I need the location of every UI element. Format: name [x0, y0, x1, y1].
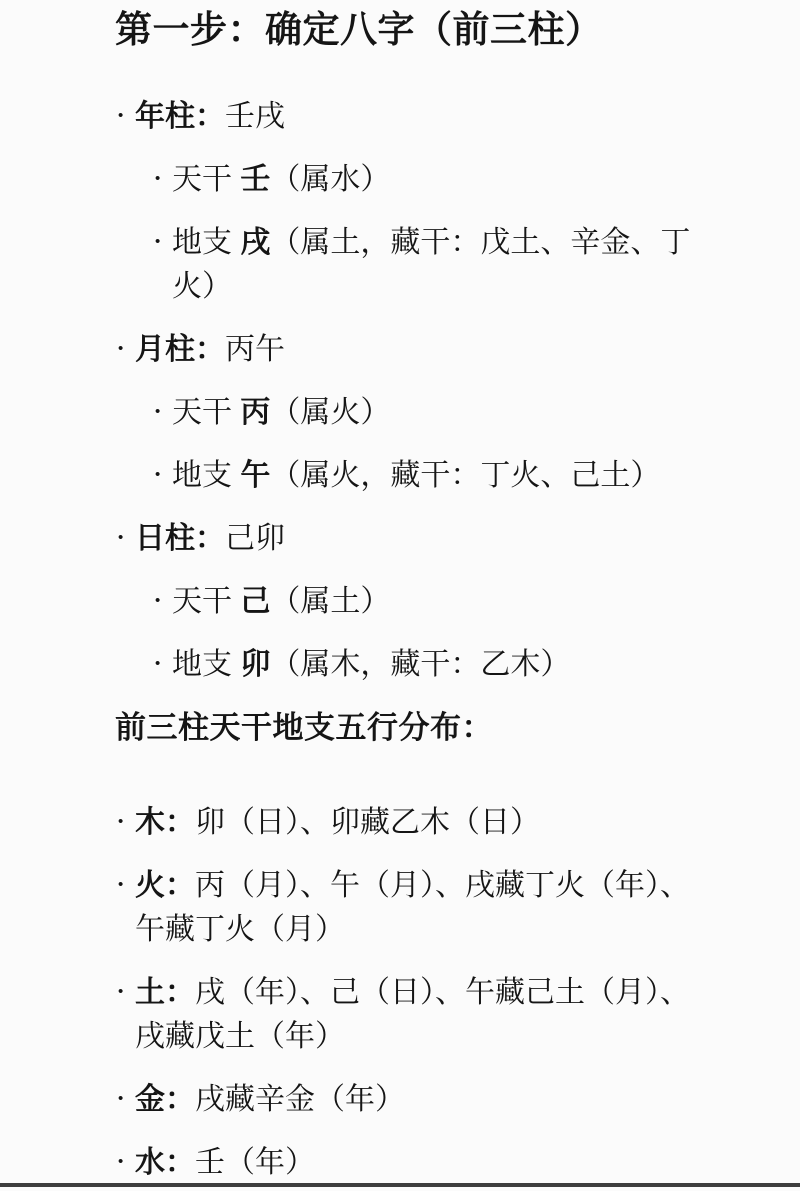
stem-month-text: 天干 丙（属火） [172, 391, 700, 435]
element-item-water: • 水：壬（年） [118, 1141, 700, 1185]
stem-month-key: 丙 [240, 396, 270, 429]
element-item-wood: • 木：卯（日）、卯藏乙木（日） [118, 801, 700, 845]
branch-day-key: 卯 [240, 648, 270, 681]
pillar-month-value: 丙午 [225, 333, 285, 366]
element-item-fire: • 火：丙（月）、午（月）、戌藏丁火（年）、午藏丁火（月） [118, 864, 700, 952]
stem-item-day: • 天干 己（属土） [155, 580, 700, 624]
stem-year-prefix: 天干 [172, 163, 240, 196]
pillar-item-year: • 年柱：壬戌 [118, 95, 700, 139]
bottom-divider [0, 1183, 800, 1187]
branch-month-text: 地支 午（属火，藏干：丁火、己土） [172, 454, 700, 498]
element-wood-detail: 卯（日）、卯藏乙木（日） [195, 806, 540, 839]
bullet-icon: • [155, 454, 172, 496]
bullet-icon: • [118, 1141, 135, 1183]
pillar-month-text: 月柱：丙午 [135, 328, 700, 372]
bullet-icon: • [118, 95, 135, 137]
element-water-label: 水： [135, 1146, 195, 1179]
stem-day-key: 己 [240, 585, 270, 618]
stem-day-text: 天干 己（属土） [172, 580, 700, 624]
pillar-year-label: 年柱： [135, 100, 225, 133]
element-earth-text: 土：戌（年）、己（日）、午藏己土（月）、戌藏戊土（年） [135, 971, 700, 1059]
element-metal-detail: 戌藏辛金（年） [195, 1083, 405, 1116]
bullet-icon: • [155, 221, 172, 263]
branch-day-detail: （属木，藏干：乙木） [270, 648, 570, 681]
element-metal-label: 金： [135, 1083, 195, 1116]
branch-day-prefix: 地支 [172, 648, 240, 681]
element-wood-label: 木： [135, 806, 195, 839]
page-title: 第一步：确定八字（前三柱） [115, 8, 750, 52]
stem-day-detail: （属土） [270, 585, 390, 618]
pillar-year-text: 年柱：壬戌 [135, 95, 700, 139]
branch-month-prefix: 地支 [172, 459, 240, 492]
stem-year-text: 天干 壬（属水） [172, 158, 700, 202]
bullet-icon: • [155, 580, 172, 622]
bullet-icon: • [118, 801, 135, 843]
pillar-item-month: • 月柱：丙午 [118, 328, 700, 372]
pillar-year-value: 壬戌 [225, 100, 285, 133]
branch-day-text: 地支 卯（属木，藏干：乙木） [172, 643, 700, 687]
pillar-month-label: 月柱： [135, 333, 225, 366]
branch-item-month: • 地支 午（属火，藏干：丁火、己土） [155, 454, 700, 498]
stem-year-key: 壬 [240, 163, 270, 196]
branch-item-year: • 地支 戌（属土，藏干：戊土、辛金、丁火） [155, 221, 700, 309]
stem-month-prefix: 天干 [172, 396, 240, 429]
pillar-list: • 年柱：壬戌 • 天干 壬（属水） • 地支 戌（属土，藏干：戊土、辛金、丁火… [0, 95, 800, 687]
section-subtitle: 前三柱天干地支五行分布： [115, 706, 750, 750]
element-earth-detail: 戌（年）、己（日）、午藏己土（月）、戌藏戊土（年） [135, 976, 690, 1053]
element-water-text: 水：壬（年） [135, 1141, 700, 1185]
stem-day-prefix: 天干 [172, 585, 240, 618]
pillar-day-label: 日柱： [135, 522, 225, 555]
element-item-earth: • 土：戌（年）、己（日）、午藏己土（月）、戌藏戊土（年） [118, 971, 700, 1059]
stem-item-month: • 天干 丙（属火） [155, 391, 700, 435]
branch-month-key: 午 [240, 459, 270, 492]
element-item-metal: • 金：戌藏辛金（年） [118, 1078, 700, 1122]
element-metal-text: 金：戌藏辛金（年） [135, 1078, 700, 1122]
element-fire-text: 火：丙（月）、午（月）、戌藏丁火（年）、午藏丁火（月） [135, 864, 700, 952]
pillar-day-value: 己卯 [225, 522, 285, 555]
element-wood-text: 木：卯（日）、卯藏乙木（日） [135, 801, 700, 845]
bullet-icon: • [118, 1078, 135, 1120]
bullet-icon: • [118, 971, 135, 1013]
branch-year-key: 戌 [240, 226, 270, 259]
bullet-icon: • [155, 158, 172, 200]
branch-month-detail: （属火，藏干：丁火、己土） [270, 459, 660, 492]
stem-item-year: • 天干 壬（属水） [155, 158, 700, 202]
element-earth-label: 土： [135, 976, 195, 1009]
element-water-detail: 壬（年） [195, 1146, 315, 1179]
branch-year-text: 地支 戌（属土，藏干：戊土、辛金、丁火） [172, 221, 700, 309]
bullet-icon: • [155, 391, 172, 433]
bullet-icon: • [118, 328, 135, 370]
branch-year-prefix: 地支 [172, 226, 240, 259]
pillar-day-text: 日柱：己卯 [135, 517, 700, 561]
bullet-icon: • [118, 517, 135, 559]
element-fire-detail: 丙（月）、午（月）、戌藏丁火（年）、午藏丁火（月） [135, 869, 690, 946]
branch-item-day: • 地支 卯（属木，藏干：乙木） [155, 643, 700, 687]
five-elements-list: • 木：卯（日）、卯藏乙木（日） • 火：丙（月）、午（月）、戌藏丁火（年）、午… [0, 801, 800, 1185]
stem-year-detail: （属水） [270, 163, 390, 196]
pillar-item-day: • 日柱：己卯 [118, 517, 700, 561]
stem-month-detail: （属火） [270, 396, 390, 429]
element-fire-label: 火： [135, 869, 195, 902]
bullet-icon: • [118, 864, 135, 906]
bullet-icon: • [155, 643, 172, 685]
